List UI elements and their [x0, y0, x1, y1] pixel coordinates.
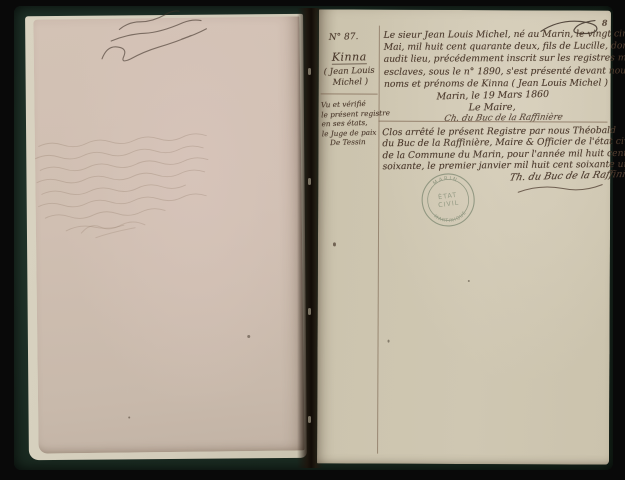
speck [388, 340, 390, 343]
act-date-line: Marin, le 19 Mars 1860 [437, 89, 550, 102]
margin-surname: Kinna [332, 50, 367, 64]
folio-number: 8 [602, 18, 608, 28]
speck [128, 416, 130, 418]
mayor-signoff: Le Maire, [468, 102, 515, 114]
stitch [308, 308, 311, 315]
ink-dot [333, 242, 336, 246]
margin-verification-note: Vu et vérifié le présent registre en ses… [321, 99, 380, 149]
margin-given-names-line2: Michel ) [333, 77, 369, 88]
left-page [33, 16, 304, 453]
signature-flourish [514, 182, 606, 198]
svg-text:MARIN: MARIN [432, 174, 460, 187]
verification-line: De Tessin [322, 137, 380, 148]
act-line: noms et prénoms de Kinna ( Jean Louis Mi… [384, 77, 609, 91]
act-number: N° 87. [329, 32, 359, 43]
act-line: esclaves, sous le n° 1890, s'est présent… [384, 65, 609, 79]
speck [468, 280, 470, 282]
etat-civil-stamp: MARIN MARTINIQUE ÉTAT CIVIL [417, 168, 480, 231]
right-page: 8 N° 87. Kinna ( Jean Louis Michel ) Vu … [317, 9, 611, 464]
margin-divider [321, 93, 378, 94]
stamp-top-text: MARIN [432, 174, 460, 187]
act-body: Le sieur Jean Louis Michel, né au Marin,… [384, 28, 609, 90]
stitch [308, 178, 311, 185]
margin-given-names-line1: ( Jean Louis [324, 66, 375, 78]
act-line: audit lieu, précédemment inscrit sur les… [384, 53, 609, 67]
stitch [308, 416, 311, 423]
margin-rule [377, 26, 380, 454]
scan-background: 8 N° 87. Kinna ( Jean Louis Michel ) Vu … [0, 0, 625, 480]
closing-statement: Clos arrêté le présent Registre par nous… [382, 125, 610, 173]
stitch [308, 68, 311, 75]
speck [247, 335, 250, 338]
stamp-center-line2: CIVIL [438, 199, 460, 210]
